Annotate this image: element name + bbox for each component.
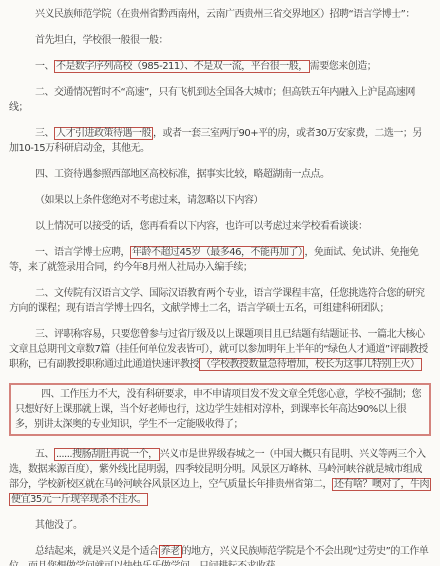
red-highlight-box: 不是数字序列高校（985-211）、不是双一流，平台很一般， bbox=[54, 60, 310, 73]
item-text: 交通情况暂时不“高速”，只有飞机到达全国各大城市；但高铁五年内融入上沪昆高速网线… bbox=[9, 87, 415, 113]
red-highlight-box: （学校教授数量急待增加，校长为这事儿特别上火） bbox=[199, 358, 422, 371]
item-text: 工作压力不大，没有科研要求，申不申请项目发不发文章全凭您心意，学校不强制；您只想… bbox=[15, 389, 421, 430]
cons-item-1: 一、不是数字序列高校（985-211）、不是双一流，平台很一般，需要您来创造； bbox=[9, 59, 431, 74]
closing-line: 其他没了。 bbox=[9, 518, 431, 533]
red-highlight-box: 养老 bbox=[159, 545, 182, 558]
transition-line: 以上情况可以接受的话，您再看看以下内容，也许可以考虑过来学校看看谈谈： bbox=[9, 219, 431, 234]
red-highlight-box: ......搜肠刮肚再说一个， bbox=[54, 448, 160, 461]
item-number: 二、 bbox=[35, 87, 54, 98]
item-text: 工资待遇参照西部地区高校标准，据事实比较，略超湖南一点点。 bbox=[54, 169, 330, 180]
item-number: 二、 bbox=[35, 288, 54, 299]
red-paragraph-box: 四、工作压力不大，没有科研要求，申不申请项目发不发文章全凭您心意，学校不强制；您… bbox=[9, 383, 431, 436]
red-highlight-box: 人才引进政策待遇一般 bbox=[54, 127, 153, 140]
item-number: 五、 bbox=[35, 449, 54, 460]
item-number: 一、 bbox=[35, 247, 54, 258]
pros-item-5: 五、......搜肠刮肚再说一个，兴义市是世界级春城之一（中国大概只有昆明、兴义… bbox=[9, 447, 431, 507]
pros-item-1: 一、语言学博士应聘，年龄不超过45岁（最多46，不能再加了），免面试、免试讲、免… bbox=[9, 245, 431, 275]
item-text: 文传院有汉语言文学、国际汉语教育两个专业，语言学课程丰富，任您挑选符合您的研究方… bbox=[9, 288, 425, 314]
item-number: 四、 bbox=[41, 389, 60, 400]
pros-item-4: 四、工作压力不大，没有科研要求，申不申请项目发不发文章全凭您心意，学校不强制；您… bbox=[15, 387, 425, 432]
item-number: 一、 bbox=[35, 61, 54, 72]
skip-note: （如果以上条件您绝对不考虑过来，请忽略以下内容） bbox=[9, 193, 431, 208]
summary-text: 总结起来，就是兴义是个适合 bbox=[35, 546, 159, 557]
pros-item-2: 二、文传院有汉语言文学、国际汉语教育两个专业，语言学课程丰富，任您挑选符合您的研… bbox=[9, 286, 431, 316]
item-number: 三、 bbox=[35, 329, 54, 340]
cons-item-2: 二、交通情况暂时不“高速”，只有飞机到达全国各大城市；但高铁五年内融入上沪昆高速… bbox=[9, 85, 431, 115]
red-highlight-box: 年龄不超过45岁（最多46，不能再加了） bbox=[130, 246, 304, 259]
intro-line: 首先坦白，学校很一般很一般： bbox=[9, 33, 431, 48]
item-text: 需要您来创造； bbox=[310, 61, 377, 72]
item-number: 四、 bbox=[35, 169, 54, 180]
cons-item-4: 四、工资待遇参照西部地区高校标准，据事实比较，略超湖南一点点。 bbox=[9, 167, 431, 182]
item-number: 三、 bbox=[35, 128, 54, 139]
cons-item-3: 三、人才引进政策待遇一般，或者一套三室两厅90+平的房，或者30万安家费，二选一… bbox=[9, 126, 431, 156]
summary-paragraph: 总结起来，就是兴义是个适合养老的地方，兴义民族师范学院是个不会出现“过劳史”的工… bbox=[9, 544, 431, 566]
pros-item-3: 三、评职称容易，只要您曾参与过省厅级及以上课题项目且已结题有结题证书、一篇北大核… bbox=[9, 327, 431, 372]
doc-title: 兴义民族师范学院（在贵州省黔西南州，云南广西贵州三省交界地区）招聘“语言学博士”… bbox=[9, 7, 431, 22]
document-page: 兴义民族师范学院（在贵州省黔西南州，云南广西贵州三省交界地区）招聘“语言学博士”… bbox=[0, 0, 440, 566]
item-text: 语言学博士应聘， bbox=[54, 247, 130, 258]
